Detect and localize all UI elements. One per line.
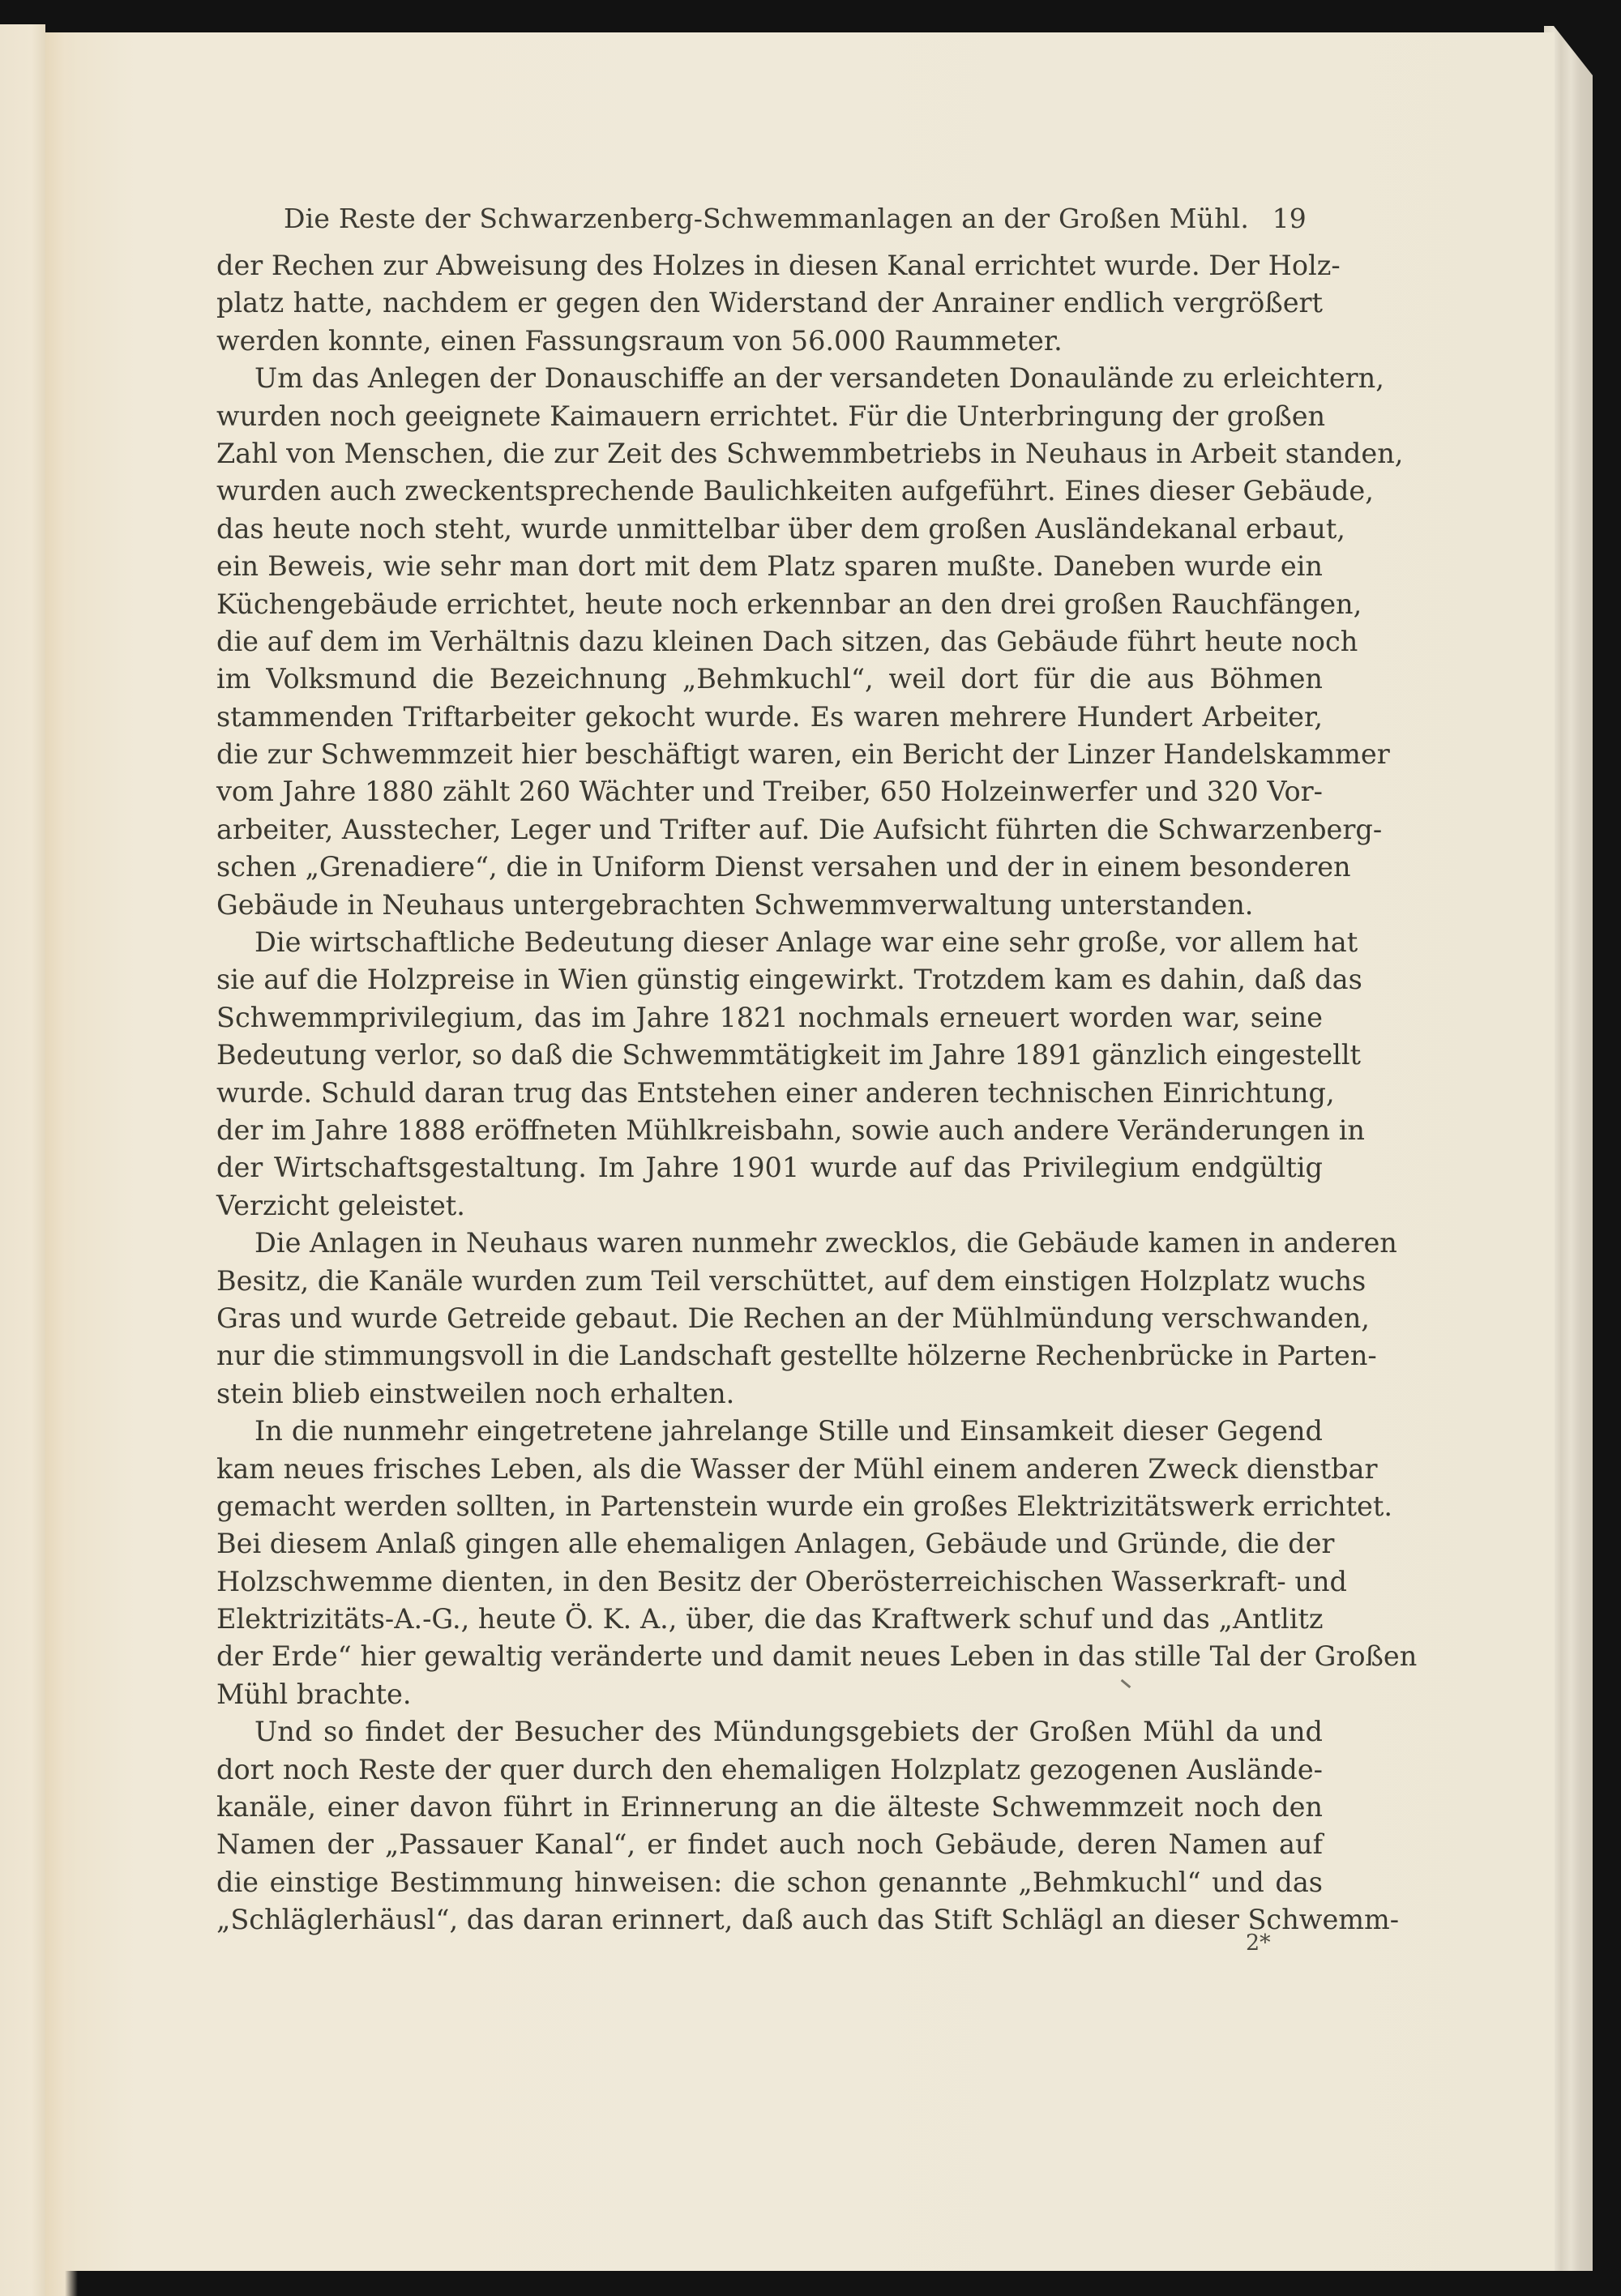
running-head-title: Die Reste der Schwarzenberg-Schwemmanlag… [284, 203, 1249, 234]
text-line: nur die stimmungsvoll in die Landschaft … [216, 1337, 1323, 1375]
text-line: der Rechen zur Abweisung des Holzes in d… [216, 247, 1323, 284]
text-line: wurden noch geeignete Kaimauern errichte… [216, 398, 1323, 435]
text-line: der im Jahre 1888 eröffneten Mühlkreisba… [216, 1112, 1323, 1149]
paragraph-first-line: Die Anlagen in Neuhaus waren nunmehr zwe… [216, 1225, 1323, 1262]
text-line: Gebäude in Neuhaus untergebrachten Schwe… [216, 887, 1323, 924]
text-line: kanäle, einer davon führt in Erinnerung … [216, 1789, 1323, 1826]
text-line: vom Jahre 1880 zählt 260 Wächter und Tre… [216, 773, 1323, 810]
text-line: schen „Grenadiere“, die in Uniform Diens… [216, 849, 1323, 886]
text-line: Mühl brachte. [216, 1676, 1323, 1713]
paragraph-first-line: Die wirtschaftliche Bedeutung dieser Anl… [216, 924, 1323, 961]
text-line: das heute noch steht, wurde unmittelbar … [216, 511, 1323, 548]
text-line: Schwemmprivilegium, das im Jahre 1821 no… [216, 999, 1323, 1037]
signature-mark: 2* [1246, 1930, 1271, 1956]
text-line: arbeiter, Ausstecher, Leger und Trifter … [216, 811, 1323, 849]
paragraph-first-line: Und so findet der Besucher des Mündungsg… [216, 1713, 1323, 1751]
text-line: Bedeutung verlor, so daß die Schwemmtäti… [216, 1037, 1323, 1074]
text-line: der Wirtschaftsgestaltung. Im Jahre 1901… [216, 1149, 1323, 1186]
text-line: Zahl von Menschen, die zur Zeit des Schw… [216, 435, 1323, 472]
text-line: „Schläglerhäusl“, das daran erinnert, da… [216, 1901, 1323, 1939]
text-line: der Erde“ hier gewaltig veränderte und d… [216, 1638, 1323, 1675]
text-line: Besitz, die Kanäle wurden zum Teil versc… [216, 1263, 1323, 1300]
gutter-shadow [45, 32, 78, 2296]
text-line: kam neues frisches Leben, als die Wasser… [216, 1451, 1323, 1488]
text-line: stammenden Triftarbeiter gekocht wurde. … [216, 699, 1323, 736]
text-line: Gras und wurde Getreide gebaut. Die Rech… [216, 1300, 1323, 1337]
text-line: wurde. Schuld daran trug das Entstehen e… [216, 1075, 1323, 1112]
facing-page-edge [0, 24, 45, 2296]
page-number: 19 [1272, 203, 1307, 234]
text-line: Elektrizitäts-A.-G., heute Ö. K. A., übe… [216, 1601, 1323, 1638]
text-line: die auf dem im Verhältnis dazu kleinen D… [216, 623, 1323, 661]
paragraph-first-line: In die nunmehr eingetretene jahrelange S… [216, 1413, 1323, 1450]
text-line: gemacht werden sollten, in Partenstein w… [216, 1488, 1323, 1525]
text-line: stein blieb einstweilen noch erhalten. [216, 1375, 1323, 1413]
text-line: Holzschwemme dienten, in den Besitz der … [216, 1563, 1323, 1601]
text-line: sie auf die Holzpreise in Wien günstig e… [216, 961, 1323, 998]
text-line: Bei diesem Anlaß gingen alle ehemaligen … [216, 1525, 1323, 1563]
text-line: werden konnte, einen Fassungsraum von 56… [216, 323, 1323, 360]
text-line: wurden auch zweckentsprechende Baulichke… [216, 472, 1323, 510]
text-line: Verzicht geleistet. [216, 1187, 1323, 1225]
text-line: die zur Schwemmzeit hier beschäftigt war… [216, 736, 1323, 773]
text-line: Küchengebäude errichtet, heute noch erke… [216, 586, 1323, 623]
body-text: der Rechen zur Abweisung des Holzes in d… [216, 247, 1323, 1939]
text-line: platz hatte, nachdem er gegen den Widers… [216, 284, 1323, 322]
text-line: im Volksmund die Bezeichnung „Behmkuchl“… [216, 661, 1323, 698]
text-line: ein Beweis, wie sehr man dort mit dem Pl… [216, 548, 1323, 585]
text-line: dort noch Reste der quer durch den ehema… [216, 1751, 1323, 1789]
text-line: die einstige Bestimmung hinweisen: die s… [216, 1864, 1323, 1901]
paragraph-first-line: Um das Anlegen der Donauschiffe an der v… [216, 360, 1323, 397]
text-line: Namen der „Passauer Kanal“, er findet au… [216, 1826, 1323, 1863]
